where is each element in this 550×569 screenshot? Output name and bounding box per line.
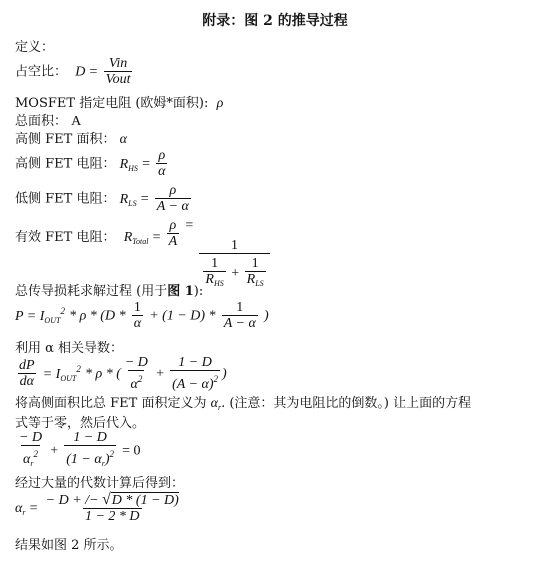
definition-heading: 定义： — [15, 36, 54, 55]
mosfet-resistance-def: MOSFET 指定电阻 (欧姆*面积): ρ — [15, 92, 223, 112]
conclusion-text: 结果如图 2 所示。 — [15, 534, 123, 553]
zero-equation: − Dαr2 + 1 − D(1 − αr)2 = 0 — [15, 430, 141, 472]
algebra-heading: 经过大量的代数计算后得到： — [15, 472, 184, 491]
duty-cycle-formula: 占空比： D = Vin Vout — [15, 56, 134, 88]
loss-solution-heading: 总传导损耗求解过程 (用于图 1): — [15, 280, 203, 299]
page-title: 附录：图 2 的推导过程 — [0, 10, 550, 30]
ls-resistance-formula: 低侧 FET 电阻： RLS = ρ A − α — [15, 183, 193, 215]
result-equation: αr = − D + /− √D * (1 − D) 1 − 2 * D — [15, 492, 183, 525]
hs-area-def: 高侧 FET 面积： α — [15, 128, 127, 148]
ratio-definition-text-cont: 式等于零，然后代入。 — [15, 412, 145, 431]
derivative-equation: dPdα = IOUT2 * ρ * (− Dα2 + 1 − D(A − α)… — [15, 355, 227, 393]
ratio-definition-text: 将高侧面积比总 FET 面积定义为 αr. (注意：其为电阻比的倒数。) 让上面… — [15, 392, 471, 412]
power-loss-equation: P = IOUT2 * ρ * (D * 1α + (1 − D) * 1A −… — [15, 300, 269, 332]
total-area-def: 总面积： A — [15, 110, 81, 130]
duty-fraction: Vin Vout — [104, 56, 133, 88]
hs-resistance-formula: 高侧 FET 电阻： RHS = ρ α — [15, 148, 169, 180]
derivative-heading: 利用 α 相关导数： — [15, 337, 123, 356]
